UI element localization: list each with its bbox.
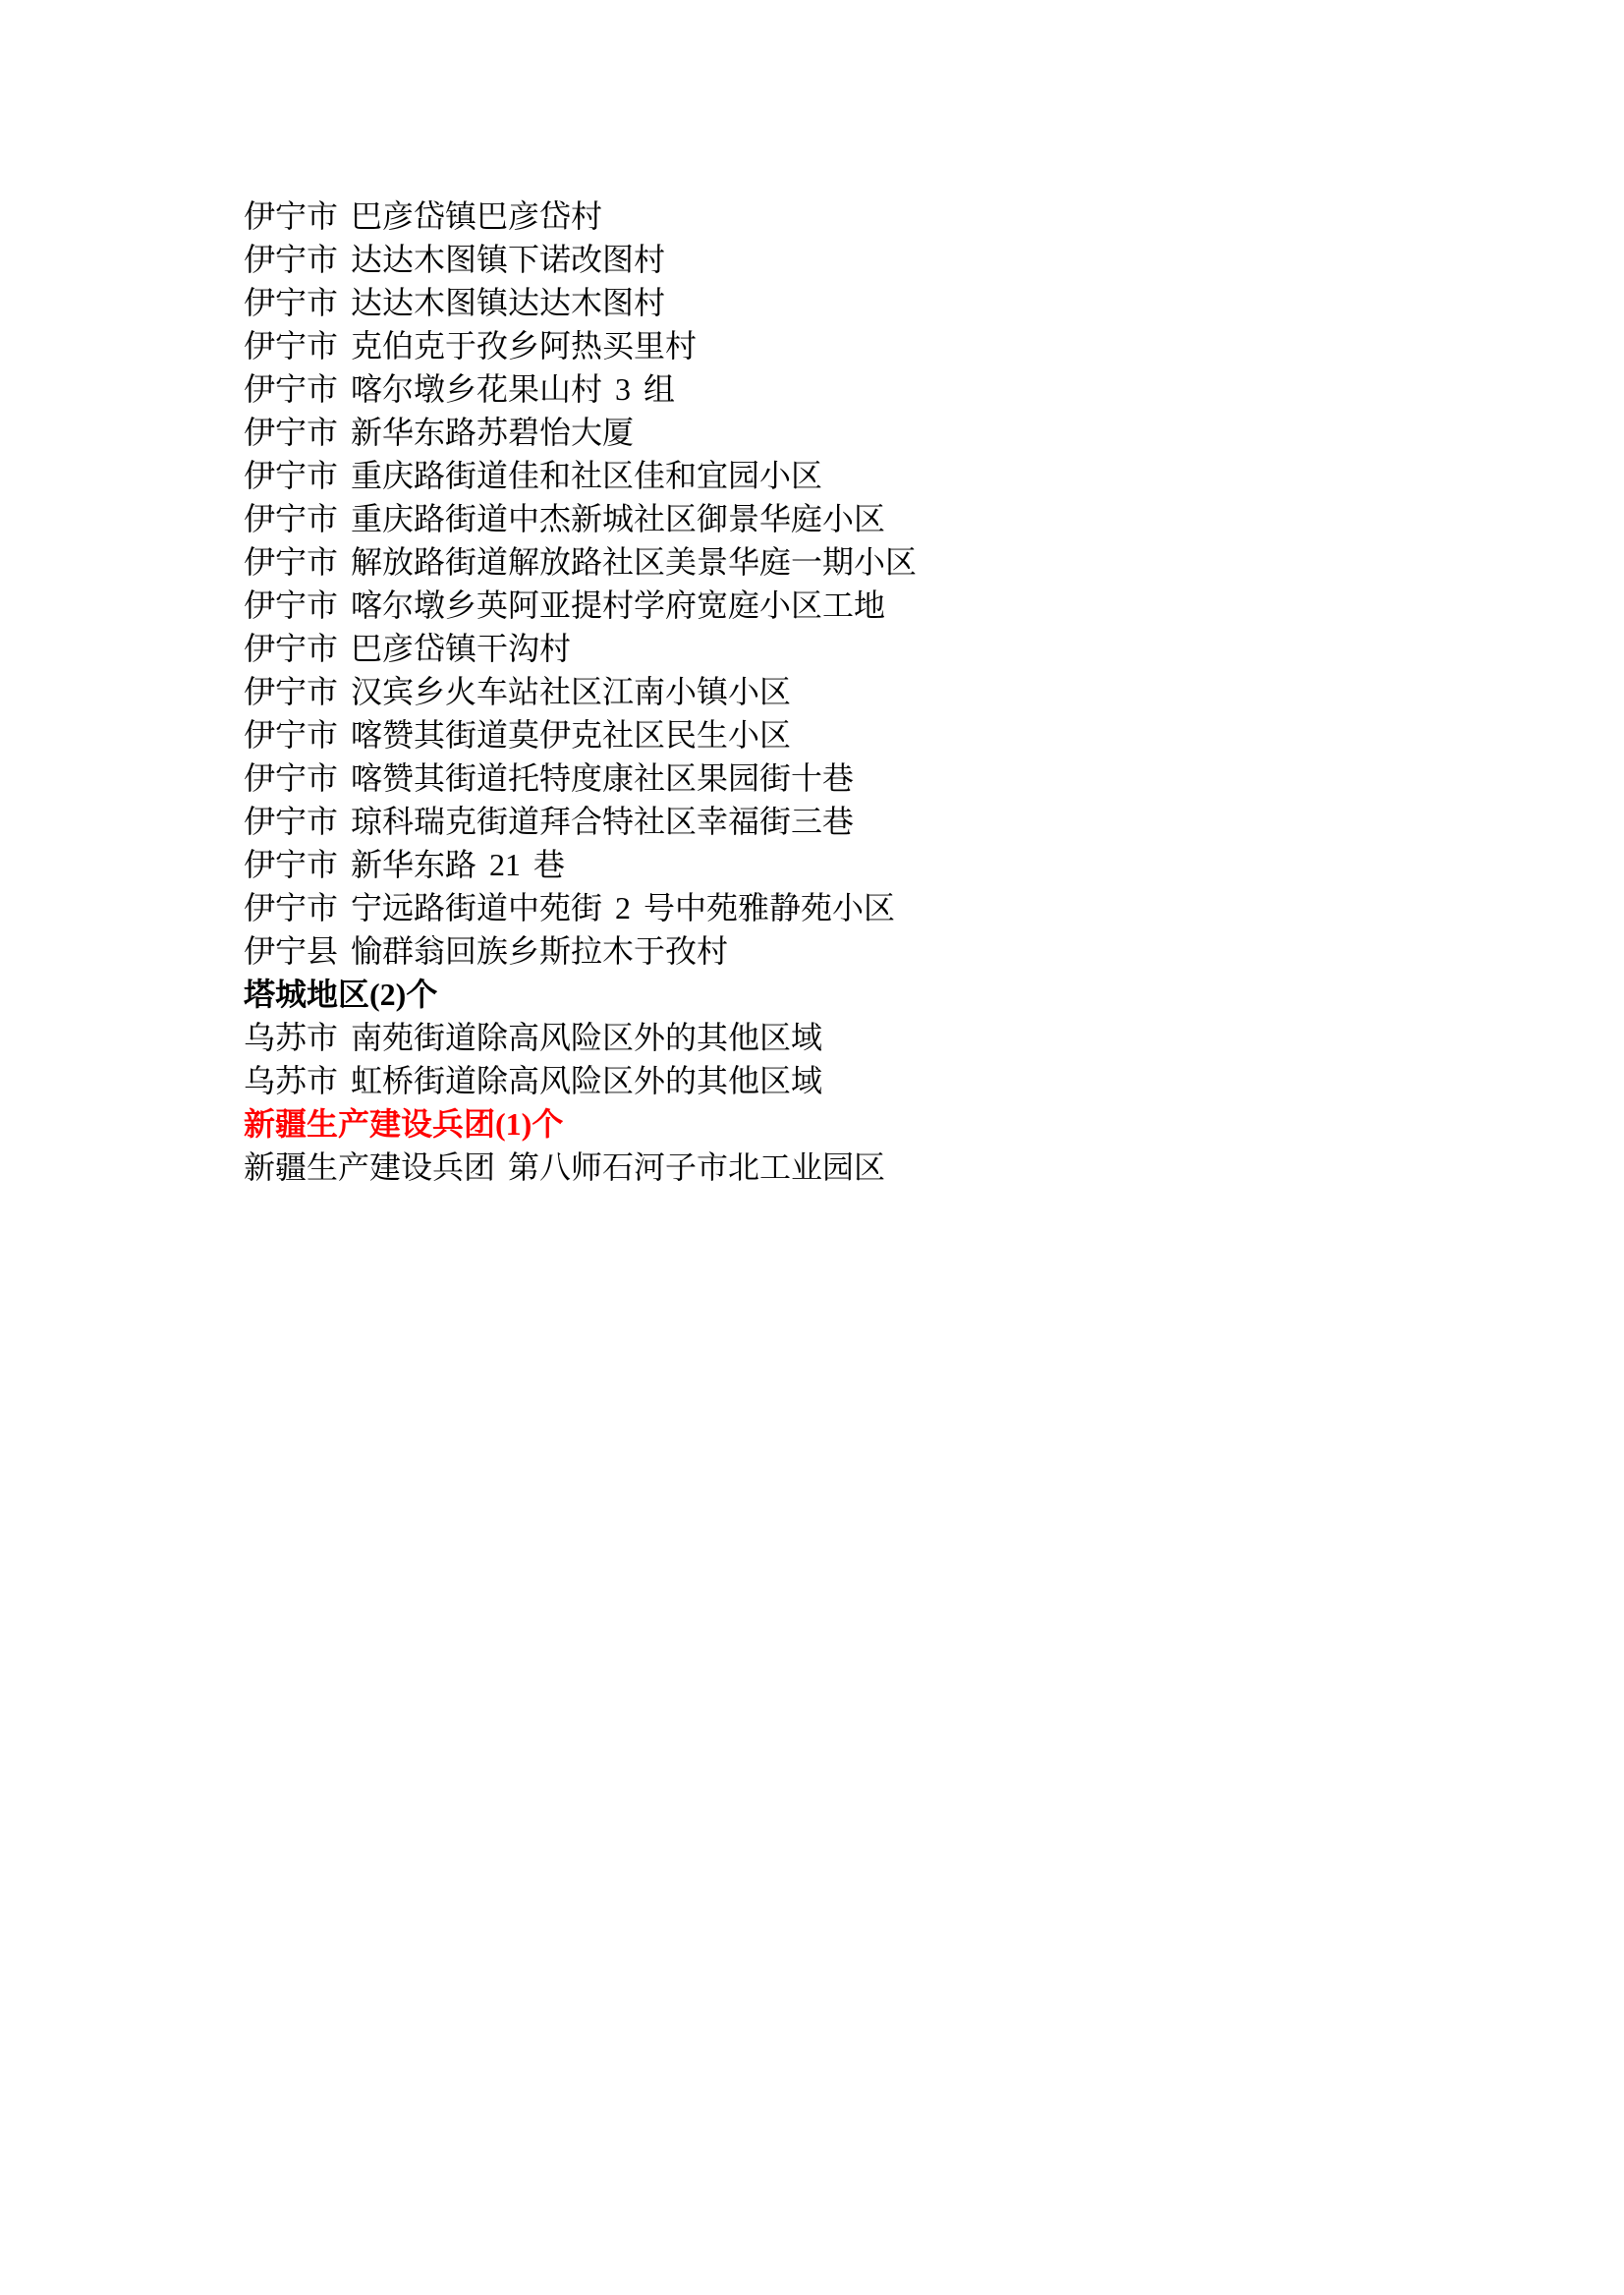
region-name: 伊宁市 [244,328,338,364]
region-name: 伊宁市 [244,371,338,407]
risk-area-entry: 伊宁市 达达木图镇达达木图村 [244,281,917,324]
region-name: 伊宁市 [244,544,338,580]
region-name: 伊宁市 [244,415,338,450]
area-name: 第八师石河子市北工业园区 [508,1149,885,1185]
region-name: 伊宁县 [244,933,338,969]
area-name: 巴彦岱镇干沟村 [351,631,571,666]
risk-area-entry: 伊宁县 愉群翁回族乡斯拉木于孜村 [244,929,917,973]
region-name: 伊宁市 [244,198,338,234]
area-name: 虹桥街道除高风险区外的其他区域 [351,1063,822,1098]
area-name: 重庆路街道佳和社区佳和宜园小区 [351,458,822,493]
area-name: 琼科瑞克街道拜合特社区幸福街三巷 [351,804,854,839]
region-name: 伊宁市 [244,501,338,536]
risk-area-entry: 伊宁市 新华东路苏碧怡大厦 [244,411,917,454]
area-name: 喀赞其街道莫伊克社区民生小区 [351,717,791,753]
area-name: 巴彦岱镇巴彦岱村 [351,198,602,234]
area-name: 达达木图镇达达木图村 [351,285,665,320]
region-name: 伊宁市 [244,717,338,753]
risk-area-entry: 伊宁市 巴彦岱镇干沟村 [244,627,917,670]
area-name: 喀尔墩乡花果山村 3 组 [351,371,675,407]
risk-area-list: 伊宁市 巴彦岱镇巴彦岱村伊宁市 达达木图镇下诺改图村伊宁市 达达木图镇达达木图村… [244,195,917,1189]
region-name: 伊宁市 [244,760,338,796]
risk-area-entry: 伊宁市 解放路街道解放路社区美景华庭一期小区 [244,540,917,584]
area-name: 达达木图镇下诺改图村 [351,242,665,277]
region-name: 伊宁市 [244,631,338,666]
risk-area-entry: 伊宁市 达达木图镇下诺改图村 [244,238,917,281]
region-name: 新疆生产建设兵团 [244,1149,495,1185]
section-header-red: 新疆生产建设兵团(1)个 [244,1102,917,1146]
risk-area-entry: 伊宁市 重庆路街道中杰新城社区御景华庭小区 [244,497,917,540]
risk-area-entry: 乌苏市 南苑街道除高风险区外的其他区域 [244,1016,917,1059]
region-name: 伊宁市 [244,588,338,623]
risk-area-entry: 伊宁市 喀尔墩乡英阿亚提村学府宽庭小区工地 [244,584,917,627]
risk-area-entry: 伊宁市 喀赞其街道托特度康社区果园街十巷 [244,756,917,800]
area-name: 愉群翁回族乡斯拉木于孜村 [351,933,728,969]
region-name: 伊宁市 [244,458,338,493]
area-name: 喀赞其街道托特度康社区果园街十巷 [351,760,854,796]
section-header: 塔城地区(2)个 [244,973,917,1016]
area-name: 汉宾乡火车站社区江南小镇小区 [351,674,791,709]
area-name: 克伯克于孜乡阿热买里村 [351,328,697,364]
risk-area-entry: 伊宁市 喀尔墩乡花果山村 3 组 [244,367,917,411]
area-name: 喀尔墩乡英阿亚提村学府宽庭小区工地 [351,588,885,623]
risk-area-entry: 伊宁市 汉宾乡火车站社区江南小镇小区 [244,670,917,713]
region-name: 伊宁市 [244,285,338,320]
risk-area-entry: 伊宁市 重庆路街道佳和社区佳和宜园小区 [244,454,917,497]
document-page: 伊宁市 巴彦岱镇巴彦岱村伊宁市 达达木图镇下诺改图村伊宁市 达达木图镇达达木图村… [0,0,1624,2295]
risk-area-entry: 伊宁市 喀赞其街道莫伊克社区民生小区 [244,713,917,756]
region-name: 伊宁市 [244,804,338,839]
region-name: 乌苏市 [244,1020,338,1055]
region-name: 伊宁市 [244,847,338,882]
risk-area-entry: 伊宁市 巴彦岱镇巴彦岱村 [244,195,917,238]
area-name: 南苑街道除高风险区外的其他区域 [351,1020,822,1055]
region-name: 伊宁市 [244,890,338,925]
risk-area-entry: 伊宁市 宁远路街道中苑街 2 号中苑雅静苑小区 [244,886,917,929]
region-name: 乌苏市 [244,1063,338,1098]
area-name: 解放路街道解放路社区美景华庭一期小区 [351,544,917,580]
area-name: 新华东路苏碧怡大厦 [351,415,634,450]
area-name: 新华东路 21 巷 [351,847,565,882]
region-name: 伊宁市 [244,242,338,277]
risk-area-entry: 伊宁市 克伯克于孜乡阿热买里村 [244,324,917,367]
area-name: 重庆路街道中杰新城社区御景华庭小区 [351,501,885,536]
region-name: 伊宁市 [244,674,338,709]
area-name: 宁远路街道中苑街 2 号中苑雅静苑小区 [351,890,895,925]
risk-area-entry: 新疆生产建设兵团 第八师石河子市北工业园区 [244,1146,917,1189]
risk-area-entry: 伊宁市 琼科瑞克街道拜合特社区幸福街三巷 [244,800,917,843]
risk-area-entry: 乌苏市 虹桥街道除高风险区外的其他区域 [244,1059,917,1102]
risk-area-entry: 伊宁市 新华东路 21 巷 [244,843,917,886]
